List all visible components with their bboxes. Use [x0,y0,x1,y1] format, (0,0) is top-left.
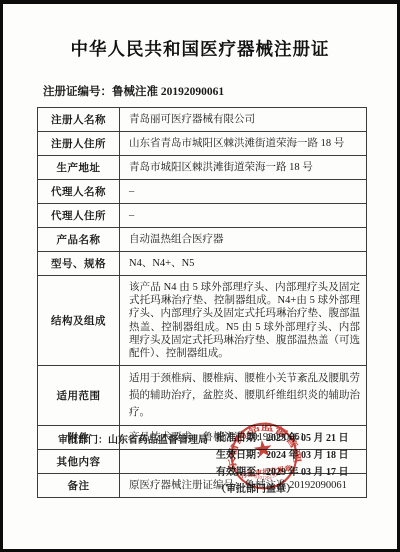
row-label: 适用范围 [38,366,120,426]
row-label: 其他内容 [38,450,120,474]
certificate-page: 中华人民共和国医疗器械注册证 注册证编号：鲁械注准 20192090061 注册… [3,4,397,549]
approval-department: 审批部门：山东省药品监督管理局 [58,431,208,446]
table-row: 生产地址 青岛市城阳区棘洪滩街道荣海一路 18 号 [38,156,367,180]
table-row: 代理人名称 – [38,180,367,204]
table-row: 结构及组成 该产品 N4 由 5 球外部理疗头、内部理疗头及固定式托玛琳治疗垫、… [38,276,367,366]
row-value: N4、N4+、N5 [120,252,367,276]
row-value: 自动温热组合医疗器 [120,228,367,252]
row-value: – [120,204,367,228]
row-value: 青岛市城阳区棘洪滩街道荣海一路 18 号 [120,156,367,180]
table-row: 注册人住所 山东省青岛市城阳区棘洪滩街道荣海一路 18 号 [38,132,367,156]
row-label: 型号、规格 [38,252,120,276]
row-label: 备注 [38,474,120,498]
table-row: 注册人名称 青岛丽可医疗器械有限公司 [38,108,367,132]
registration-number-line: 注册证编号：鲁械注准 20192090061 [43,83,224,99]
footer-dates: 批准日期：2023 年 05 月 21 日 生效日期：2024 年 03 月 1… [216,430,349,498]
row-value: 山东省青岛市城阳区棘洪滩街道荣海一路 18 号 [120,132,367,156]
row-label: 代理人住所 [38,204,120,228]
row-label: 产品名称 [38,228,120,252]
certificate-title: 中华人民共和国医疗器械注册证 [3,36,397,61]
row-value: – [120,180,367,204]
row-value: 青岛丽可医疗器械有限公司 [120,108,367,132]
row-label: 注册人住所 [38,132,120,156]
seal-note: （审批部门盖章） [216,481,349,498]
table-row: 适用范围 适用于颈椎病、腰椎病、腰椎小关节紊乱及腰肌劳损的辅助治疗，盆腔炎、腰肌… [38,366,367,426]
expiry-date: 有效期至：2029 年 03 月 17 日 [216,464,349,481]
table-row: 代理人住所 – [38,204,367,228]
table-row: 型号、规格 N4、N4+、N5 [38,252,367,276]
approve-date: 批准日期：2023 年 05 月 21 日 [216,430,349,447]
scanned-certificate-photo: { "certificate": { "title": "中华人民共和国医疗器械… [0,0,400,552]
table-row: 产品名称 自动温热组合医疗器 [38,228,367,252]
row-label: 注册人名称 [38,108,120,132]
row-value: 该产品 N4 由 5 球外部理疗头、内部理疗头及固定式托玛琳治疗垫、控制器组成。… [120,276,367,366]
effective-date: 生效日期：2024 年 03 月 18 日 [216,447,349,464]
row-label: 生产地址 [38,156,120,180]
row-value: 适用于颈椎病、腰椎病、腰椎小关节紊乱及腰肌劳损的辅助治疗，盆腔炎、腰肌纤维组织炎… [120,366,367,426]
row-label: 结构及组成 [38,276,120,366]
row-label: 代理人名称 [38,180,120,204]
